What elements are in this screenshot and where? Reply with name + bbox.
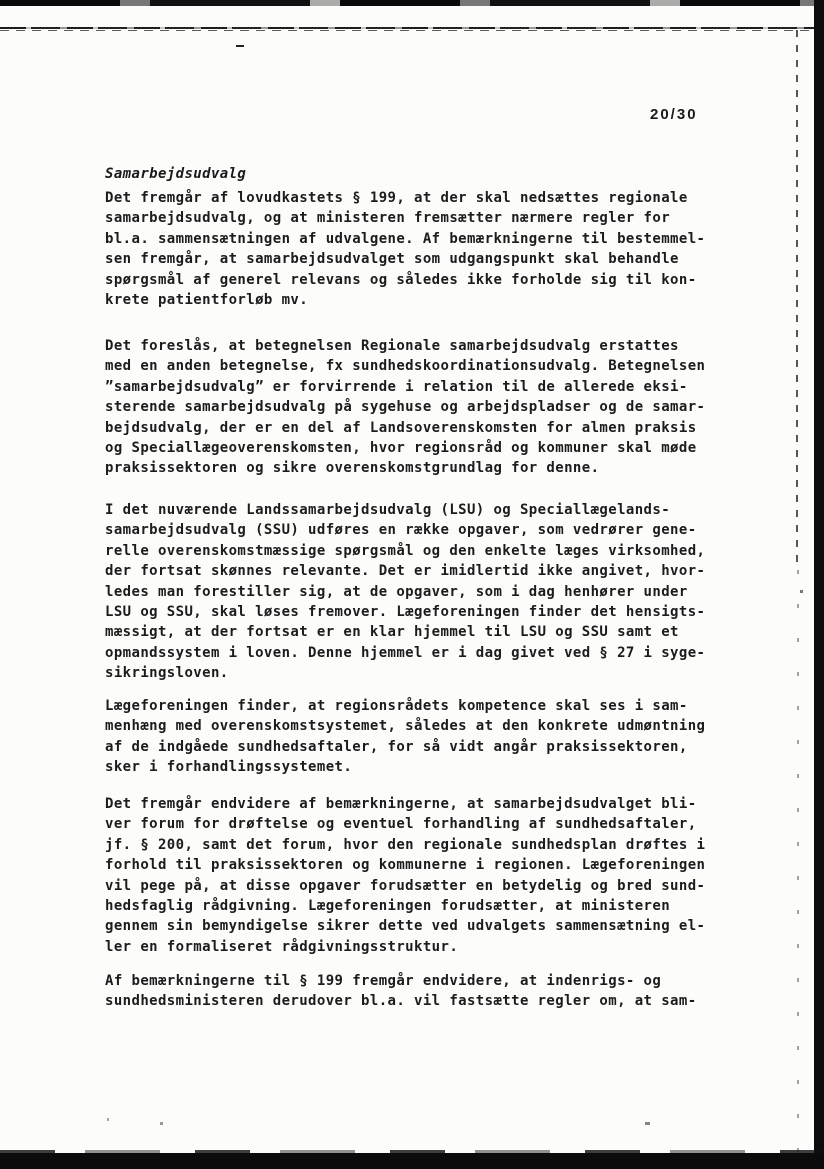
scanned-document-page: 20/30 Samarbejdsudvalg Det fremgår af lo… (0, 0, 824, 1169)
scan-artifact-top-edge (0, 0, 824, 6)
scan-artifact-dashed-line-secondary (0, 30, 824, 31)
scan-artifact-dashed-line (0, 27, 824, 29)
scan-artifact-right-edge (814, 0, 824, 1169)
paragraph: Det fremgår af lovudkastets § 199, at de… (105, 188, 705, 310)
scan-speck (160, 1122, 163, 1125)
page-number: 20/30 (650, 106, 698, 123)
scan-speck (236, 45, 244, 47)
scan-artifact-vertical-dotted-line-lower (797, 570, 799, 1155)
scan-speck (800, 590, 803, 593)
paragraph: I det nuværende Landssamarbejdsudvalg (L… (105, 500, 705, 684)
scan-speck (107, 1118, 109, 1121)
scan-artifact-bottom-edge (0, 1153, 824, 1169)
paragraph: Lægeforeningen finder, at regionsrådets … (105, 696, 705, 778)
paragraph: Det foreslås, at betegnelsen Regionale s… (105, 336, 705, 479)
scan-speck (645, 1122, 650, 1125)
paragraph: Af bemærkningerne til § 199 fremgår endv… (105, 971, 697, 1012)
paragraph: Det fremgår endvidere af bemærkningerne,… (105, 794, 705, 957)
scan-artifact-vertical-dotted-line (796, 30, 798, 570)
document-title: Samarbejdsudvalg (105, 166, 246, 182)
